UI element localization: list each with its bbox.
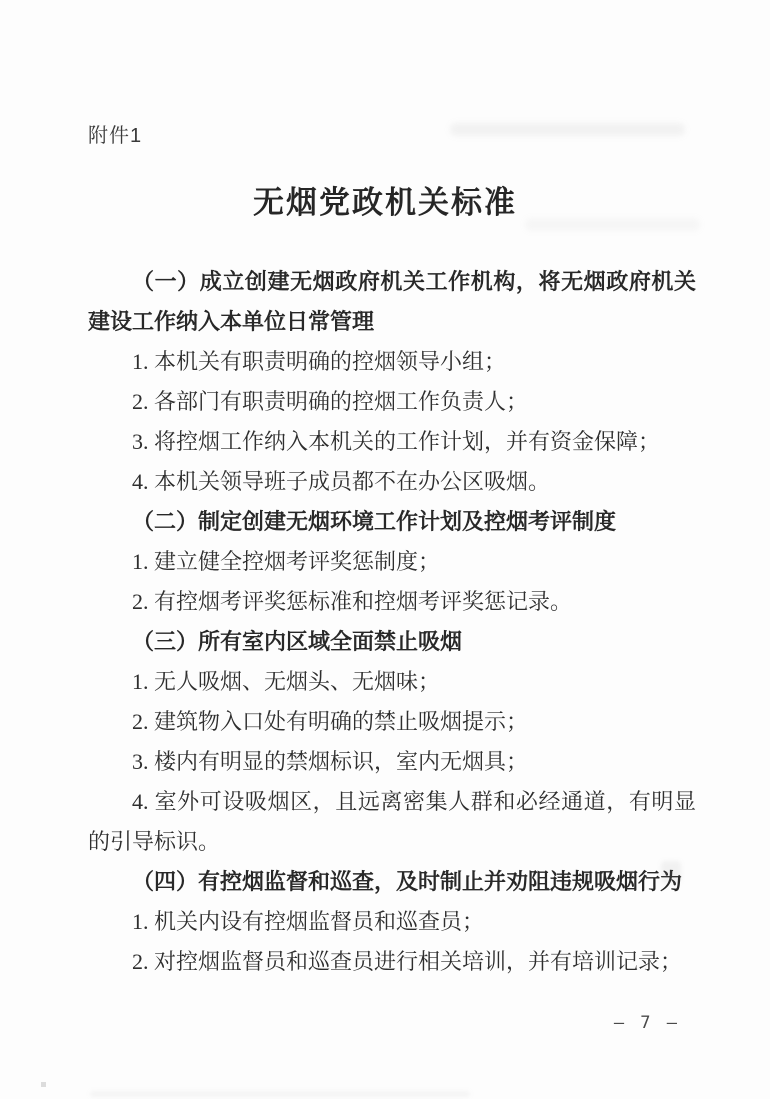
section-1-item-3: 3. 将控烟工作纳入本机关的工作计划，并有资金保障； — [88, 422, 696, 462]
scanned-document-page: 附件1 无烟党政机关标准 （一）成立创建无烟政府机关工作机构，将无烟政府机关建设… — [0, 0, 770, 1099]
section-1-heading: （一）成立创建无烟政府机关工作机构，将无烟政府机关建设工作纳入本单位日常管理 — [88, 262, 696, 342]
section-3-item-1: 1. 无人吸烟、无烟头、无烟味； — [88, 662, 696, 702]
section-1-item-1: 1. 本机关有职责明确的控烟领导小组； — [88, 342, 696, 382]
scan-artifact-dot — [41, 1082, 46, 1087]
page-title: 无烟党政机关标准 — [0, 177, 770, 222]
section-3-heading: （三）所有室内区域全面禁止吸烟 — [88, 622, 696, 662]
section-4-item-1: 1. 机关内设有控烟监督员和巡查员； — [88, 902, 696, 942]
section-3-item-3: 3. 楼内有明显的禁烟标识，室内无烟具； — [88, 742, 696, 782]
section-2-item-2: 2. 有控烟考评奖惩标准和控烟考评奖惩记录。 — [88, 582, 696, 622]
section-4-heading: （四）有控烟监督和巡查，及时制止并劝阻违规吸烟行为 — [88, 862, 696, 902]
section-1-item-4: 4. 本机关领导班子成员都不在办公区吸烟。 — [88, 462, 696, 502]
section-2-heading: （二）制定创建无烟环境工作计划及控烟考评制度 — [88, 502, 696, 542]
section-1-item-2: 2. 各部门有职责明确的控烟工作负责人； — [88, 382, 696, 422]
document-body: （一）成立创建无烟政府机关工作机构，将无烟政府机关建设工作纳入本单位日常管理 1… — [88, 262, 696, 982]
scan-artifact-top — [450, 123, 685, 136]
section-3-item-4: 4. 室外可设吸烟区，且远离密集人群和必经通道，有明显的引导标识。 — [88, 782, 696, 862]
section-4-item-2: 2. 对控烟监督员和巡查员进行相关培训，并有培训记录； — [88, 942, 696, 982]
section-2-item-1: 1. 建立健全控烟考评奖惩制度； — [88, 542, 696, 582]
page-number: – 7 – — [614, 1013, 680, 1033]
scan-artifact-bottom-edge — [90, 1091, 470, 1097]
attachment-label: 附件1 — [88, 119, 142, 148]
section-3-item-2: 2. 建筑物入口处有明确的禁止吸烟提示； — [88, 702, 696, 742]
